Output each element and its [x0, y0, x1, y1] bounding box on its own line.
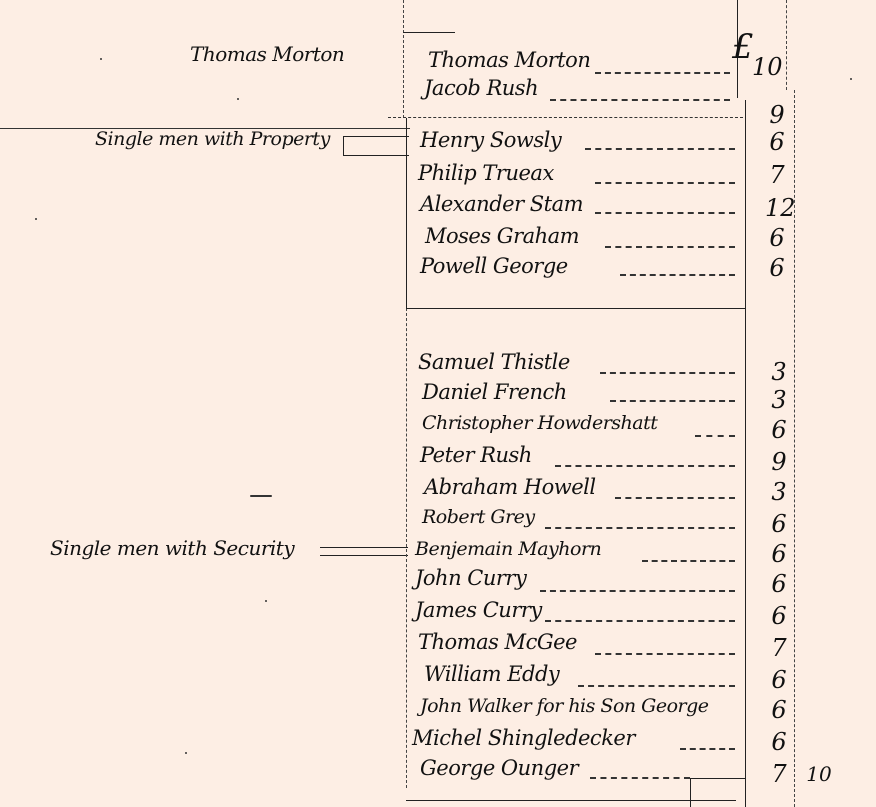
entry-name: Christopher Howdershatt — [422, 414, 657, 433]
leader-dots — [540, 590, 735, 592]
entry-name: Jacob Rush — [424, 78, 538, 99]
entry-name: James Curry — [415, 600, 542, 621]
property-bracket-stub — [343, 136, 344, 156]
entry-name: Powell George — [420, 256, 568, 277]
entry-name: Thomas McGee — [418, 632, 577, 653]
entry-name: Alexander Stam — [420, 194, 583, 215]
entry-amount: 3 — [764, 388, 794, 412]
table-left-border-top — [403, 0, 404, 118]
security-bracket-line-2 — [320, 555, 408, 556]
leader-dots — [585, 148, 735, 150]
entry-amount: 10 — [752, 55, 782, 79]
entry-amount: 6 — [762, 130, 792, 154]
entry-amount: 7 — [762, 163, 792, 187]
leader-dots — [620, 274, 735, 276]
entry-name: Philip Trueax — [418, 163, 554, 184]
paper-speck — [250, 495, 272, 497]
entry-name: George Ounger — [420, 758, 578, 779]
entry-amount: 6 — [764, 604, 794, 628]
table-left-border — [406, 118, 407, 308]
amount-col-bottom-box — [690, 778, 745, 779]
leader-dots — [595, 653, 735, 655]
paper-speck — [100, 58, 102, 60]
entry-name: Abraham Howell — [424, 477, 596, 498]
entry-name: Henry Sowsly — [420, 130, 561, 151]
leader-dots — [545, 620, 735, 622]
entry-amount: 7 — [764, 636, 794, 660]
top-row-rule — [403, 32, 455, 33]
entry-amount: 6 — [764, 698, 794, 722]
pound-currency-symbol: £ — [732, 30, 753, 64]
group-label-property: Single men with Property — [95, 130, 330, 149]
security-bracket-line — [320, 547, 408, 548]
paper-speck — [185, 752, 187, 754]
entry-name: Daniel French — [422, 382, 567, 403]
amount-col-right-border-top — [786, 0, 787, 90]
entry-amount: 3 — [764, 480, 794, 504]
entry-name: Michel Shingledecker — [412, 728, 635, 749]
entry-amount: 6 — [762, 226, 792, 250]
entry-name: John Walker for his Son George — [420, 697, 709, 716]
entry-amount: 6 — [764, 418, 794, 442]
entry-name: Thomas Morton — [428, 50, 590, 71]
leader-dots — [555, 465, 735, 467]
entry-amount: 6 — [764, 542, 794, 566]
paper-speck — [850, 78, 852, 80]
entry-amount: 12 — [765, 196, 795, 220]
property-bracket-line — [343, 136, 409, 137]
entry-name: Samuel Thistle — [418, 352, 570, 373]
leader-dots — [595, 212, 735, 214]
entry-name: John Curry — [415, 568, 526, 589]
leader-dots — [610, 400, 735, 402]
entry-name: Peter Rush — [420, 445, 532, 466]
leader-dots — [595, 182, 735, 184]
entry-amount: 6 — [764, 730, 794, 754]
group-label-security: Single men with Security — [50, 538, 294, 558]
leader-dots — [600, 372, 735, 374]
paper-speck — [35, 218, 37, 220]
header-name-label: Thomas Morton — [190, 44, 344, 64]
leader-dots — [590, 777, 690, 779]
leader-dots — [695, 435, 735, 437]
entry-name: Moses Graham — [425, 226, 579, 247]
property-section-top-rule — [388, 117, 743, 118]
entry-amount: 6 — [764, 668, 794, 692]
leader-dots — [545, 527, 735, 529]
entry-amount: 9 — [764, 450, 794, 474]
entry-name: William Eddy — [424, 664, 559, 685]
entry-amount: 7 — [764, 762, 794, 786]
entry-amount: 9 — [762, 103, 792, 127]
entry-amount: 6 — [764, 572, 794, 596]
leader-dots — [550, 99, 730, 101]
leader-dots — [605, 246, 735, 248]
amount-col-left-border — [745, 100, 746, 807]
property-bracket-line-2 — [343, 155, 409, 156]
paper-speck — [237, 98, 239, 100]
paper-speck — [265, 600, 267, 602]
entry-name: Benjemain Mayhorn — [415, 540, 601, 559]
amount-col-bottom-box-side — [690, 778, 691, 807]
leader-dots — [642, 560, 735, 562]
table-left-border-lower — [406, 308, 407, 788]
leader-dots — [578, 685, 735, 687]
entry-name: Robert Grey — [422, 508, 535, 527]
entry-amount: 6 — [764, 512, 794, 536]
table-bottom-rule — [406, 800, 736, 801]
leader-dots — [680, 748, 735, 750]
leader-dots — [595, 72, 730, 74]
margin-note: 10 — [804, 764, 834, 784]
leader-dots — [615, 497, 735, 499]
entry-amount: 6 — [762, 256, 792, 280]
entry-amount: 3 — [764, 360, 794, 384]
section-divider-rule — [406, 308, 746, 309]
